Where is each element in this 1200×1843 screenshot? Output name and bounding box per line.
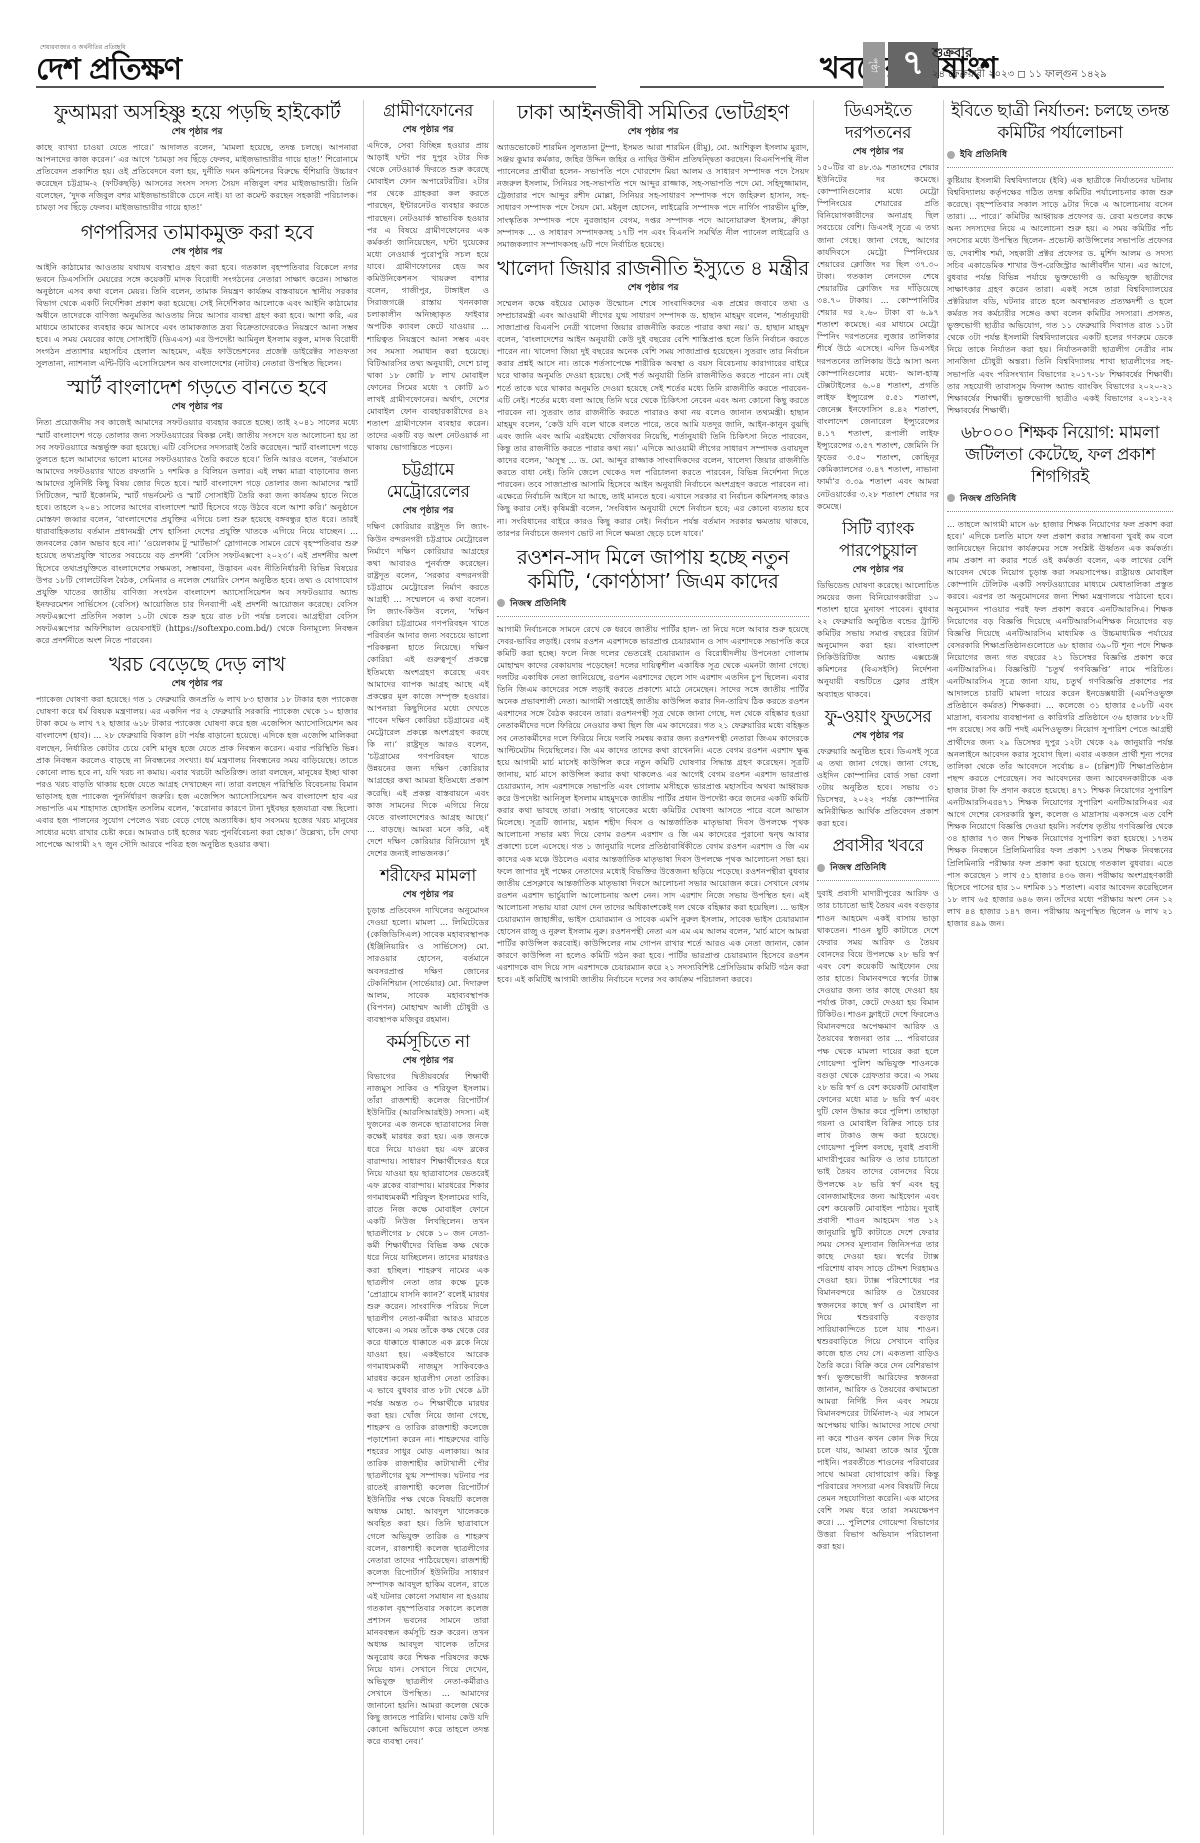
headline: শরীফের মামলা (367, 865, 489, 887)
article-body: দক্ষিণ কোরিয়ার রাষ্ট্রদূত লি জ্যাং-কিউন… (367, 520, 489, 859)
header-rule (932, 86, 1164, 88)
byline: নিজস্ব প্রতিনিধি (817, 857, 939, 881)
article-body: নিত্য প্রয়োজনীয় সব কাজেই আমাদের সফটওয়… (36, 416, 358, 646)
jump-line: শেষ পৃষ্ঠার পর (367, 887, 489, 902)
headline: গ্রামীণফোনের (367, 100, 489, 122)
headline: ৬৮০০০ শিক্ষক নিয়োগ: মামলা জটিলতা কেটেছে… (947, 422, 1173, 488)
article-body: এদিকে, সেবা বিচ্ছিন্ন হওয়ার প্রায় আড়া… (367, 139, 489, 453)
jump-line: শেষ পৃষ্ঠার পর (36, 399, 358, 414)
headline: রওশন-সাদ মিলে জাপায় হচ্ছে নতুন কমিটি, ‘… (497, 545, 809, 593)
article-body: ... তাহলে আগামী মাসে ৬৮ হাজার শিক্ষক নিয… (947, 518, 1173, 929)
article-body: দুবাই প্রবাসী মাদারীপুরের আরিফ ও তার চাচ… (817, 887, 939, 1552)
article-fu-wang: ফু-ওয়াং ফুডসের শেষ পৃষ্ঠার পর ফেব্রুয়া… (817, 706, 939, 830)
article-karmasuchi: কর্মসূচিতে না শেষ পৃষ্ঠার পর বিভাগের দ্ব… (367, 1031, 489, 1747)
headline: কর্মসূচিতে না (367, 1031, 489, 1053)
column-narrow-right: ডিএসইতে দরপতনের শেষ পৃষ্ঠার পর ১৫০টির বা… (817, 100, 939, 1835)
article-body: ডিভিডেন্ড ঘোষণা করেছে। আলোচিত সময়ের জন্… (817, 579, 939, 700)
column-divider (813, 100, 814, 1835)
headline: ফু-ওয়াং ফুডসের (817, 706, 939, 728)
date-text: ২৪ ফেব্রুয়ারী ২০২৩ ◻ ১১ ফাল্গুন ১৪২৯ (932, 67, 1107, 84)
jump-line: শেষ পৃষ্ঠার পর (497, 124, 809, 139)
article-body: অ্যাডভোকেট শারমিন সুলতানা টুম্পা, ইসমত আ… (497, 141, 809, 250)
headline: প্রবাসীর খবরে (817, 835, 939, 857)
column-divider (493, 100, 494, 1835)
jump-line: শেষ পৃষ্ঠার পর (36, 124, 358, 139)
headline: খালেদা জিয়ার রাজনীতি ইস্যুতে ৪ মন্ত্রীর (497, 256, 809, 280)
article-khaleda: খালেদা জিয়ার রাজনীতি ইস্যুতে ৪ মন্ত্রীর… (497, 256, 809, 539)
article-body: প্যাকেজ ঘোষণা করা হয়েছে। গত ১ ফেব্রুয়া… (36, 693, 358, 850)
bullet-icon (947, 151, 955, 159)
byline: নিজস্ব প্রতিনিধি (497, 593, 809, 617)
page-number: ৭ (888, 42, 938, 88)
article-dhaka-bar: ঢাকা আইনজীবী সমিতির ভোটগ্রহণ শেষ পৃষ্ঠার… (497, 100, 809, 250)
article-body: বিভাগের দ্বিতীয়বর্ষের শিক্ষার্থী নাজমুস… (367, 1070, 489, 1747)
jump-line: শেষ পৃষ্ঠার পর (367, 122, 489, 137)
column-narrow: গ্রামীণফোনের শেষ পৃষ্ঠার পর এদিকে, সেবা … (367, 100, 489, 1835)
column-divider (363, 100, 364, 1835)
article-body: সম্মেলন কক্ষে বইয়ের মোড়ক উন্মোচন শেষে … (497, 297, 809, 539)
dateline: শুক্রবার ২৪ ফেব্রুয়ারী ২০২৩ ◻ ১১ ফাল্গু… (932, 44, 1107, 84)
jump-line: শেষ পৃষ্ঠার পর (817, 144, 939, 159)
jump-line: শেষ পৃষ্ঠার পর (367, 503, 489, 518)
article-teacher-recruitment: ৬৮০০০ শিক্ষক নিয়োগ: মামলা জটিলতা কেটেছে… (947, 422, 1173, 929)
header-rule (36, 86, 596, 88)
jump-line: শেষ পৃষ্ঠার পর (497, 280, 809, 295)
article-body: আগামী নির্বাচনকে সামনে রেখে কে ধরবে জাতী… (497, 623, 809, 986)
column-divider (943, 100, 944, 1835)
article-grameenphone: গ্রামীণফোনের শেষ পৃষ্ঠার পর এদিকে, সেবা … (367, 100, 489, 453)
article-body: কুষ্টিয়ায় ইসলামী বিশ্ববিদ্যালয়ে (ইবি)… (947, 174, 1173, 416)
jump-line: শেষ পৃষ্ঠার পর (817, 728, 939, 743)
article-probashi: প্রবাসীর খবরে নিজস্ব প্রতিনিধি দুবাই প্র… (817, 835, 939, 1552)
bullet-icon (817, 864, 825, 872)
article-raushan-sad: রওশন-সাদ মিলে জাপায় হচ্ছে নতুন কমিটি, ‘… (497, 545, 809, 986)
headline: ফুআমরা অসহিষ্ণু হয়ে পড়ছি হাইকোর্ট (36, 100, 358, 124)
article-body: চূড়ান্ত প্রতিবেদন দাখিলের অনুমোদন দেওয়… (367, 904, 489, 1025)
article-sharif-case: শরীফের মামলা শেষ পৃষ্ঠার পর চূড়ান্ত প্র… (367, 865, 489, 1025)
article-body: ফেব্রুয়ারি অনুষ্ঠিত হবে। ডিএসই সূত্রে এ… (817, 745, 939, 830)
headline: গণপরিসর তামাকমুক্ত করা হবে (36, 220, 358, 244)
jump-line: শেষ পৃষ্ঠার পর (817, 562, 939, 577)
headline: চট্টগ্রামে মেট্রোরেলের (367, 459, 489, 503)
article-gonoparisor: গণপরিসর তামাকমুক্ত করা হবে শেষ পৃষ্ঠার প… (36, 220, 358, 370)
jump-line: শেষ পৃষ্ঠার পর (36, 676, 358, 691)
logo-text: দেশ প্রতিক্ষণ (36, 52, 181, 87)
jump-line: শেষ পৃষ্ঠার পর (367, 1053, 489, 1068)
article-dse-fall: ডিএসইতে দরপতনের শেষ পৃষ্ঠার পর ১৫০টির বা… (817, 100, 939, 512)
date-day: শুক্রবার (932, 44, 1107, 65)
article-hajj-cost: খরচ বেড়েছে দেড় লাখ শেষ পৃষ্ঠার পর প্যা… (36, 652, 358, 850)
article-body: কাছে ব্যাখ্যা চাওয়া যেতে পারে।’ আদালত ব… (36, 141, 358, 214)
newspaper-logo: শেয়ারবাজার ও অর্থনীতির প্রতিচ্ছবি দেশ প… (36, 42, 181, 87)
bullet-icon (947, 494, 955, 502)
article-city-bank: সিটি ব্যাংক পারপেচুয়াল শেষ পৃষ্ঠার পর ড… (817, 518, 939, 700)
article-highcourt: ফুআমরা অসহিষ্ণু হয়ে পড়ছি হাইকোর্ট শেষ … (36, 100, 358, 214)
page-label: পৃষ্ঠা (863, 42, 885, 88)
column-center: ঢাকা আইনজীবী সমিতির ভোটগ্রহণ শেষ পৃষ্ঠার… (497, 100, 809, 1835)
headline: ডিএসইতে দরপতনের (817, 100, 939, 144)
article-body: ১৫০টির বা ৪৮.৩৯ শতাংশের শেয়ার ইউনিটের দ… (817, 161, 939, 512)
byline: নিজস্ব প্রতিনিধি (947, 488, 1173, 512)
headline: ঢাকা আইনজীবী সমিতির ভোটগ্রহণ (497, 100, 809, 124)
headline: খরচ বেড়েছে দেড় লাখ (36, 652, 358, 676)
masthead: শেয়ারবাজার ও অর্থনীতির প্রতিচ্ছবি দেশ প… (0, 0, 1200, 90)
headline: স্মার্ট বাংলাদেশ গড়তে বানতে হবে (36, 375, 358, 399)
headline: সিটি ব্যাংক পারপেচুয়াল (817, 518, 939, 562)
article-ibi: ইবিতে ছাত্রী নির্যাতন: চলছে তদন্ত কমিটির… (947, 100, 1173, 416)
headline: ইবিতে ছাত্রী নির্যাতন: চলছে তদন্ত কমিটির… (947, 100, 1173, 144)
jump-line: শেষ পৃষ্ঠার পর (36, 244, 358, 259)
byline: ইবি প্রতিনিধি (947, 144, 1173, 168)
column-right: ইবিতে ছাত্রী নির্যাতন: চলছে তদন্ত কমিটির… (947, 100, 1173, 1835)
column-left: ফুআমরা অসহিষ্ণু হয়ে পড়ছি হাইকোর্ট শেষ … (36, 100, 358, 1835)
article-ctg-metro: চট্টগ্রামে মেট্রোরেলের শেষ পৃষ্ঠার পর দক… (367, 459, 489, 859)
article-smart-bangladesh: স্মার্ট বাংলাদেশ গড়তে বানতে হবে শেষ পৃষ… (36, 375, 358, 646)
article-body: আইনি কাঠামোর আওতায় যথাযথ ব্যবস্থাও গ্রহ… (36, 261, 358, 370)
bullet-icon (497, 599, 505, 607)
